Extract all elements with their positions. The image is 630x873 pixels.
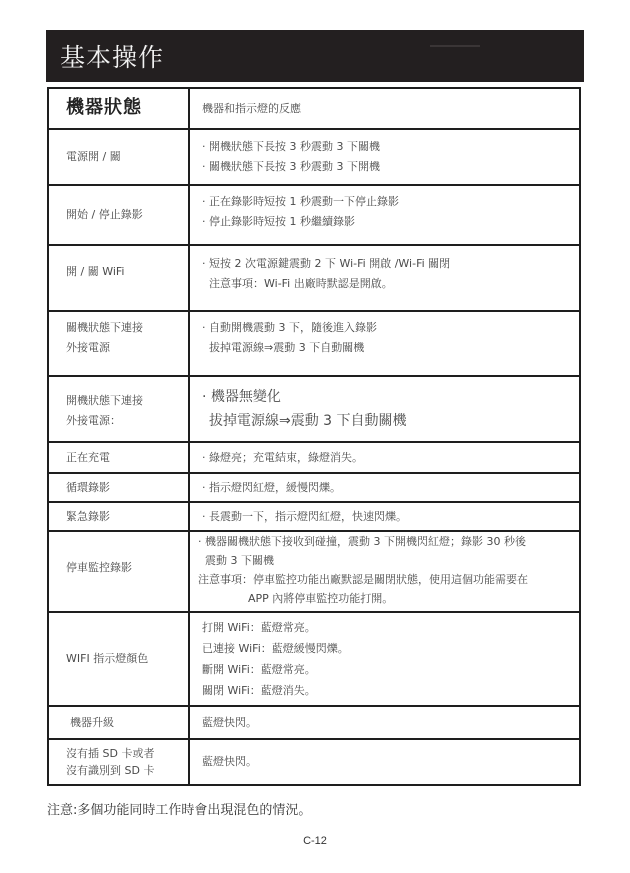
table-row: 機器升級 藍燈快閃。 <box>48 706 580 739</box>
state-cell: 循環錄影 <box>48 473 189 502</box>
response-cell: · 開機狀態下長按 3 秒震動 3 下關機 · 關機狀態下長按 3 秒震動 3 … <box>189 129 580 185</box>
response-cell: 藍燈快閃。 <box>189 739 580 785</box>
state-cell: 機器升級 <box>48 706 189 739</box>
table-row: 循環錄影 · 指示燈閃紅燈，緩慢閃爍。 <box>48 473 580 502</box>
table-row: 開機狀態下連接 外接電源： · 機器無變化 拔掉電源線⇒震動 3 下自動關機 <box>48 376 580 442</box>
state-cell: 沒有插 SD 卡或者 沒有識別到 SD 卡 <box>48 739 189 785</box>
page-number: C-12 <box>0 835 630 847</box>
response-cell: · 自動開機震動 3 下，隨後進入錄影 拔掉電源線⇒震動 3 下自動關機 <box>189 311 580 376</box>
response-cell: 藍燈快閃。 <box>189 706 580 739</box>
state-cell: 開始 / 停止錄影 <box>48 185 189 245</box>
column-header-response: 機器和指示燈的反應 <box>189 88 580 129</box>
response-cell: · 指示燈閃紅燈，緩慢閃爍。 <box>189 473 580 502</box>
footnote: 注意:多個功能同時工作時會出現混色的情況。 <box>47 799 311 818</box>
state-cell: 停車監控錄影 <box>48 531 189 612</box>
table-row: 開始 / 停止錄影 · 正在錄影時短按 1 秒震動一下停止錄影 · 停止錄影時短… <box>48 185 580 245</box>
device-status-table: 機器狀態 機器和指示燈的反應 電源開 / 關 · 開機狀態下長按 3 秒震動 3… <box>47 87 581 786</box>
response-cell: · 機器無變化 拔掉電源線⇒震動 3 下自動關機 <box>189 376 580 442</box>
response-cell: · 長震動一下，指示燈閃紅燈，快速閃爍。 <box>189 502 580 531</box>
state-cell: 開 / 關 WiFi <box>48 245 189 311</box>
table-row: 正在充電 · 綠燈亮；充電結束，綠燈消失。 <box>48 442 580 473</box>
table-row: WIFI 指示燈顏色 打開 WiFi：藍燈常亮。 已連接 WiFi：藍燈緩慢閃爍… <box>48 612 580 706</box>
table-row: 電源開 / 關 · 開機狀態下長按 3 秒震動 3 下關機 · 關機狀態下長按 … <box>48 129 580 185</box>
header-decoration <box>430 45 480 47</box>
table-row: 沒有插 SD 卡或者 沒有識別到 SD 卡 藍燈快閃。 <box>48 739 580 785</box>
response-cell: 打開 WiFi：藍燈常亮。 已連接 WiFi：藍燈緩慢閃爍。 斷開 WiFi：藍… <box>189 612 580 706</box>
table-row: 開 / 關 WiFi · 短按 2 次電源鍵震動 2 下 Wi-Fi 開啟 /W… <box>48 245 580 311</box>
state-cell: 緊急錄影 <box>48 502 189 531</box>
response-cell: · 機器關機狀態下接收到碰撞，震動 3 下開機閃紅燈；錄影 30 秒後 震動 3… <box>189 531 580 612</box>
response-cell: · 短按 2 次電源鍵震動 2 下 Wi-Fi 開啟 /Wi-Fi 關閉 注意事… <box>189 245 580 311</box>
state-cell: 關機狀態下連接 外接電源 <box>48 311 189 376</box>
table-header-row: 機器狀態 機器和指示燈的反應 <box>48 88 580 129</box>
state-cell: 正在充電 <box>48 442 189 473</box>
response-cell: · 正在錄影時短按 1 秒震動一下停止錄影 · 停止錄影時短按 1 秒繼續錄影 <box>189 185 580 245</box>
state-cell: 電源開 / 關 <box>48 129 189 185</box>
table-row: 停車監控錄影 · 機器關機狀態下接收到碰撞，震動 3 下開機閃紅燈；錄影 30 … <box>48 531 580 612</box>
state-cell: 開機狀態下連接 外接電源： <box>48 376 189 442</box>
column-header-state: 機器狀態 <box>48 88 189 129</box>
section-header-bar: 基本操作 <box>46 30 584 82</box>
state-cell: WIFI 指示燈顏色 <box>48 612 189 706</box>
response-cell: · 綠燈亮；充電結束，綠燈消失。 <box>189 442 580 473</box>
table-row: 緊急錄影 · 長震動一下，指示燈閃紅燈，快速閃爍。 <box>48 502 580 531</box>
table-row: 關機狀態下連接 外接電源 · 自動開機震動 3 下，隨後進入錄影 拔掉電源線⇒震… <box>48 311 580 376</box>
section-title: 基本操作 <box>60 38 164 74</box>
